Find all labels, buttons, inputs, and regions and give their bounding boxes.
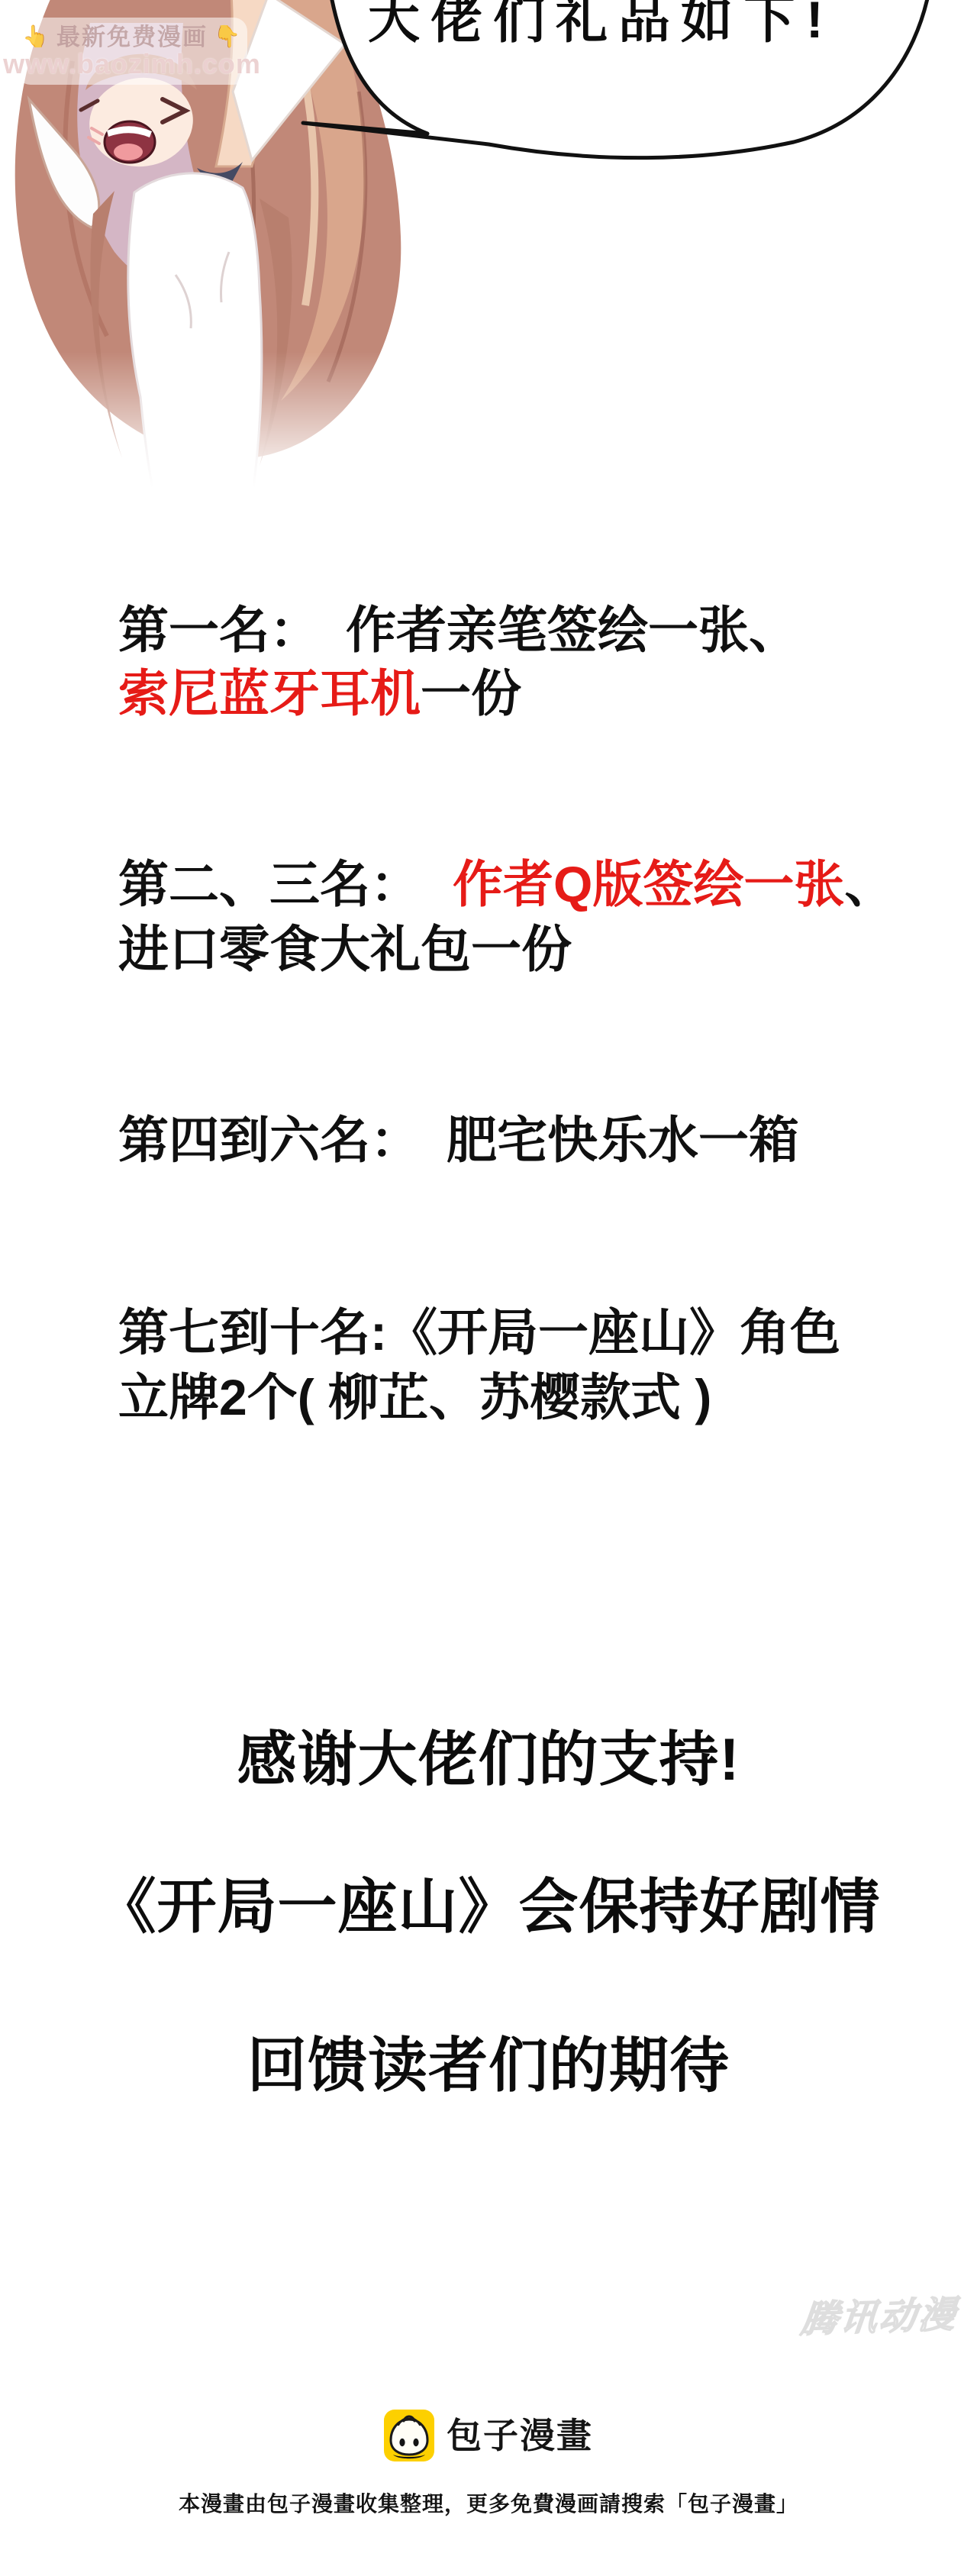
- prize-first-line2: 索尼蓝牙耳机一份: [118, 668, 521, 718]
- baozi-bun-icon: [384, 2410, 434, 2461]
- prize-fourth-line2: 立牌2个( 柳芷、苏樱款式 ): [118, 1372, 711, 1422]
- prize-third-desc: 肥宅快乐水一箱: [447, 1112, 799, 1168]
- prize-second-line1: 第二、三名：作者Q版签绘一张、: [118, 859, 895, 909]
- prize-first-desc2: 一份: [421, 665, 521, 721]
- pointing-down-icon: 👇: [214, 26, 242, 47]
- prize-first-desc: 作者亲笔签绘一张、: [346, 602, 799, 658]
- baozi-brand-name: 包子漫畫: [447, 2418, 593, 2453]
- prize-second-tail: 、: [844, 856, 895, 912]
- prize-fourth-desc: 《开局一座山》角色: [387, 1304, 840, 1361]
- prize-fourth-rank: 第七到十名:: [118, 1304, 387, 1361]
- comic-page: 👆 最新免费漫画 👇 www.baozimh.com 大佬们礼品如下! 第一名：…: [0, 0, 977, 2576]
- footer-note: 本漫畫由包子漫畫收集整理，更多免費漫画請搜索「包子漫畫」: [0, 2491, 977, 2517]
- tencent-comics-watermark: 腾讯动漫: [799, 2297, 959, 2339]
- prize-first-rank: 第一名：: [118, 602, 320, 658]
- pointing-up-icon: 👆: [22, 26, 50, 47]
- site-watermark-label: 最新免费漫画: [56, 25, 208, 49]
- prize-third-line: 第四到六名：肥宅快乐水一箱: [118, 1115, 799, 1165]
- prize-third-rank: 第四到六名：: [118, 1112, 421, 1168]
- site-watermark-card: 👆 最新免费漫画 👇 www.baozimh.com: [17, 18, 247, 85]
- slogan-readers: 回馈读者们的期待: [0, 2035, 977, 2095]
- prize-second-line2: 进口零食大礼包一份: [118, 924, 572, 974]
- baozi-brand: 包子漫畫: [0, 2407, 977, 2465]
- slogan-promise: 《开局一座山》会保持好剧情: [0, 1877, 977, 1936]
- prize-second-highlight: 作者Q版签绘一张: [453, 856, 844, 912]
- prize-first-highlight: 索尼蓝牙耳机: [118, 665, 421, 721]
- site-watermark-line1: 👆 最新免费漫画 👇: [22, 25, 242, 49]
- slogan-thanks: 感谢大佬们的支持!: [0, 1729, 977, 1789]
- site-watermark-url: www.baozimh.com: [3, 50, 261, 78]
- prize-second-rank: 第二、三名：: [118, 856, 421, 912]
- prize-fourth-line1: 第七到十名:《开局一座山》角色: [118, 1307, 840, 1357]
- speech-bubble-text: 大佬们礼品如下!: [368, 0, 834, 46]
- prize-first-line1: 第一名：作者亲笔签绘一张、: [118, 605, 799, 655]
